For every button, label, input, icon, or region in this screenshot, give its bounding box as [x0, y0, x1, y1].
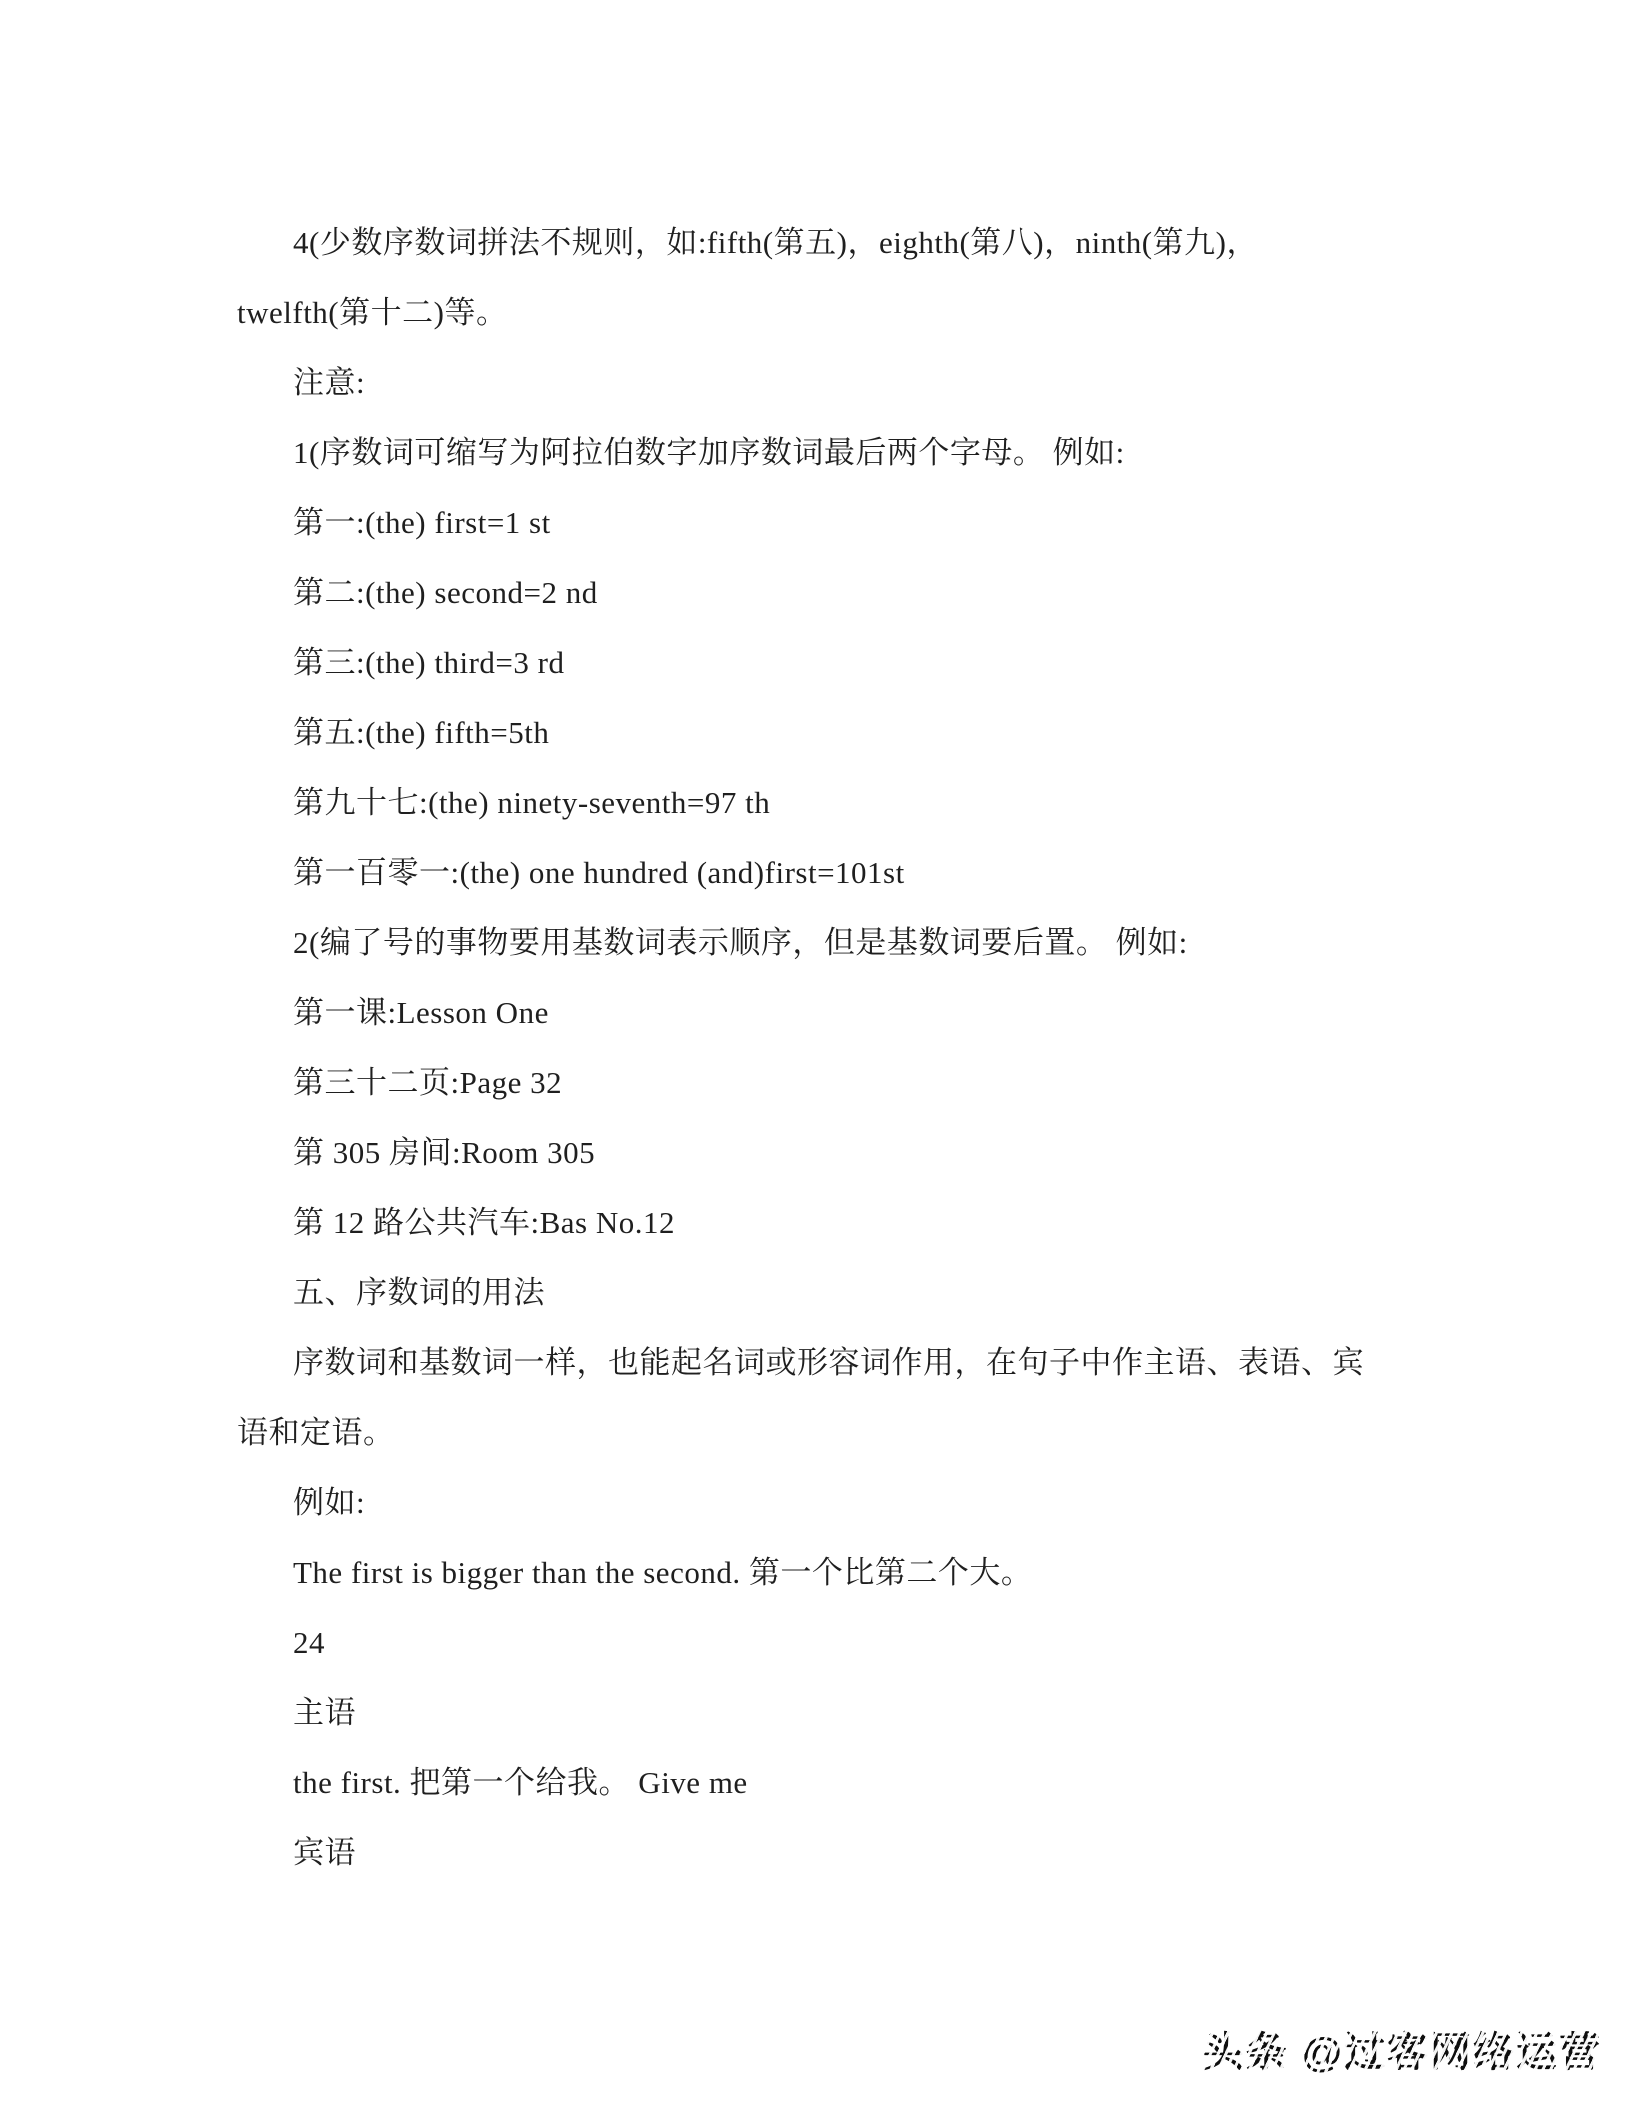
text-line: 第九十七:(the) ninety-seventh=97 th	[237, 768, 1467, 838]
text-line: The first is bigger than the second. 第一个…	[237, 1538, 1467, 1608]
text-line: 主语	[237, 1678, 1467, 1748]
text-line: 例如:	[237, 1468, 1467, 1538]
text-line: 注意:	[237, 348, 1467, 418]
text-line: 第五:(the) fifth=5th	[237, 698, 1467, 768]
text-line: 2(编了号的事物要用基数词表示顺序，但是基数词要后置。 例如:	[237, 908, 1467, 978]
text-line: 第一:(the) first=1 st	[237, 488, 1467, 558]
document-body: 4(少数序数词拼法不规则，如:fifth(第五)，eighth(第八)，nint…	[237, 208, 1467, 1888]
text-line: 第三十二页:Page 32	[237, 1048, 1467, 1118]
text-line: 第一课:Lesson One	[237, 978, 1467, 1048]
text-line: 五、序数词的用法	[237, 1258, 1467, 1328]
text-line: twelfth(第十二)等。	[237, 278, 1467, 348]
text-line: 第一百零一:(the) one hundred (and)first=101st	[237, 838, 1467, 908]
document-page: 4(少数序数词拼法不规则，如:fifth(第五)，eighth(第八)，nint…	[0, 0, 1632, 2112]
text-line: 第 12 路公共汽车:Bas No.12	[237, 1188, 1467, 1258]
watermark-text: 头条 @过客网络运营	[1203, 2029, 1602, 2075]
text-line: 序数词和基数词一样，也能起名词或形容词作用，在句子中作主语、表语、宾	[237, 1328, 1467, 1398]
text-line: 24	[237, 1608, 1467, 1678]
text-line: 4(少数序数词拼法不规则，如:fifth(第五)，eighth(第八)，nint…	[237, 208, 1467, 278]
text-line: 宾语	[237, 1818, 1467, 1888]
text-line: 语和定语。	[237, 1398, 1467, 1468]
text-line: the first. 把第一个给我。 Give me	[237, 1748, 1467, 1818]
text-line: 第二:(the) second=2 nd	[237, 558, 1467, 628]
watermark: 头条 @过客网络运营	[1203, 2024, 1602, 2080]
text-line: 第三:(the) third=3 rd	[237, 628, 1467, 698]
text-line: 1(序数词可缩写为阿拉伯数字加序数词最后两个字母。 例如:	[237, 418, 1467, 488]
text-line: 第 305 房间:Room 305	[237, 1118, 1467, 1188]
